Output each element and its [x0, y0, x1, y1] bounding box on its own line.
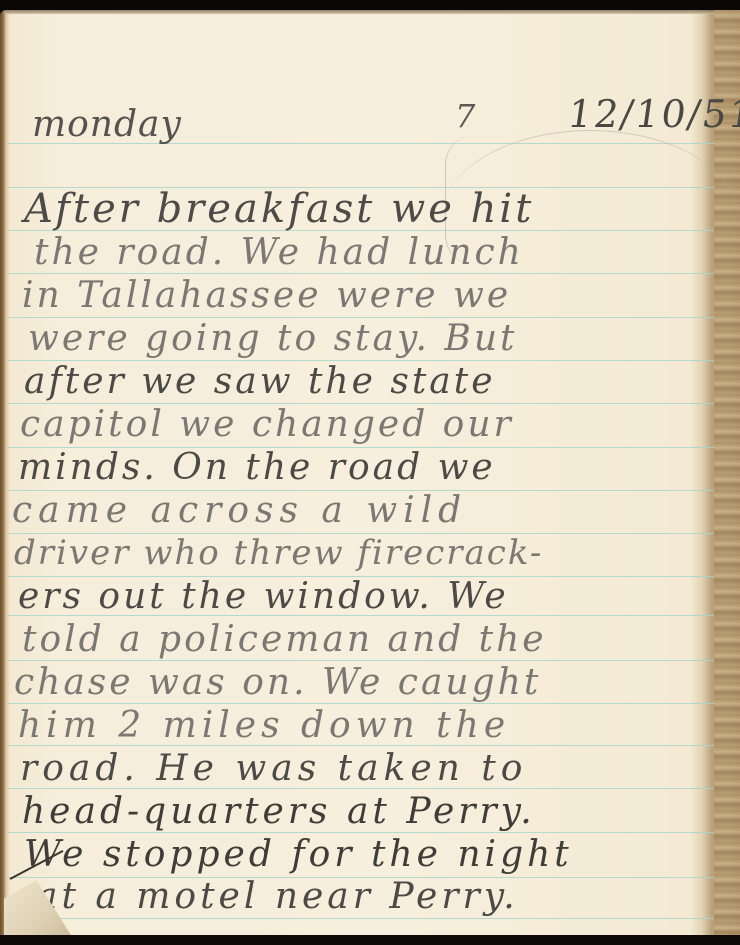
text-line: at a motel near Perry. — [36, 876, 519, 917]
text-line: After breakfast we hit — [24, 186, 534, 232]
text-line: the road. We had lunch — [34, 232, 524, 273]
text-line: head-quarters at Perry. — [22, 791, 536, 832]
ruled-line — [8, 918, 714, 919]
text-line: told a policeman and the — [22, 619, 547, 660]
text-line: in Tallahassee were we — [22, 275, 511, 316]
text-line: We stopped for the night — [24, 834, 573, 875]
diary-page-scan: monday 7 12/10/51 After breakfast we hit… — [0, 0, 740, 945]
text-line: him 2 miles down the — [18, 705, 510, 746]
text-line: road. He was taken to — [20, 748, 527, 789]
text-line: after we saw the state — [24, 361, 496, 402]
ruled-line — [8, 660, 714, 661]
text-line: came across a wild — [12, 490, 467, 531]
right-page-edge — [714, 10, 740, 940]
text-line: driver who threw firecrack- — [14, 533, 543, 573]
text-line: were going to stay. But — [28, 318, 518, 359]
ruled-line — [8, 832, 714, 833]
heading-date: 12/10/51 — [565, 92, 740, 136]
text-line: chase was on. We caught — [14, 662, 541, 703]
text-line: ers out the window. We — [18, 576, 509, 617]
page-top-edge — [4, 10, 716, 14]
scan-border — [0, 935, 740, 945]
ruled-line — [8, 703, 714, 704]
text-line: minds. On the road we — [18, 447, 496, 488]
heading-mark: 7 — [455, 97, 475, 135]
text-line: capitol we changed our — [20, 404, 514, 445]
heading-day: monday — [32, 104, 182, 145]
